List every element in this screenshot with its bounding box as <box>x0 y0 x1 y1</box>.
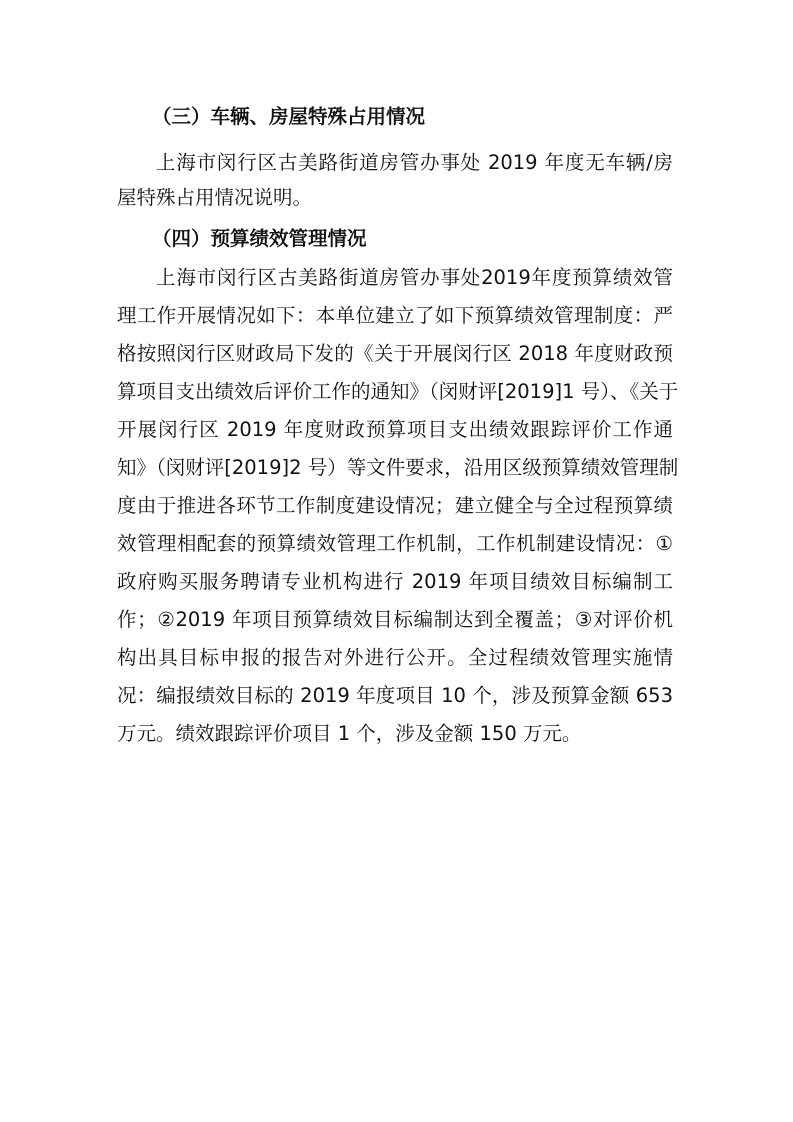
paragraph-line: 作；②2019 年项目预算绩效目标编制达到全覆盖；③对评价机 <box>117 608 673 632</box>
paragraph-line: 上海市闵行区古美路街道房管办事处2019年度预算绩效管 <box>156 266 673 290</box>
paragraph-line: 屋特殊占用情况说明。 <box>117 186 673 210</box>
section-heading-budget-performance: （四）预算绩效管理情况 <box>152 227 367 251</box>
paragraph-line: 况：编报绩效目标的 2019 年度项目 10 个，涉及预算金额 653 <box>117 684 673 708</box>
paragraph-line: 上海市闵行区古美路街道房管办事处 2019 年度无车辆/房 <box>156 151 673 175</box>
paragraph-line: 构出具目标申报的报告对外进行公开。全过程绩效管理实施情 <box>117 646 673 670</box>
paragraph-line: 理工作开展情况如下：本单位建立了如下预算绩效管理制度：严 <box>117 304 673 328</box>
paragraph-line: 政府购买服务聘请专业机构进行 2019 年项目绩效目标编制工 <box>117 570 673 594</box>
paragraph-line: 开展闵行区 2019 年度财政预算项目支出绩效跟踪评价工作通 <box>117 418 673 442</box>
paragraph-line: 度由于推进各环节工作制度建设情况；建立健全与全过程预算绩 <box>117 494 673 518</box>
paragraph-line: 效管理相配套的预算绩效管理工作机制，工作机制建设情况：① <box>117 532 673 556</box>
document-page: （三）车辆、房屋特殊占用情况 上海市闵行区古美路街道房管办事处 2019 年度无… <box>0 0 793 1122</box>
paragraph-line: 万元。绩效跟踪评价项目 1 个，涉及金额 150 万元。 <box>117 722 673 746</box>
paragraph-line: 格按照闵行区财政局下发的《关于开展闵行区 2018 年度财政预 <box>117 342 673 366</box>
paragraph-line: 知》（闵财评[2019]2 号）等文件要求，沿用区级预算绩效管理制 <box>117 456 673 480</box>
paragraph-line: 算项目支出绩效后评价工作的通知》（闵财评[2019]1 号）、《关于 <box>117 380 673 404</box>
section-heading-vehicles-housing: （三）车辆、房屋特殊占用情况 <box>152 105 425 129</box>
